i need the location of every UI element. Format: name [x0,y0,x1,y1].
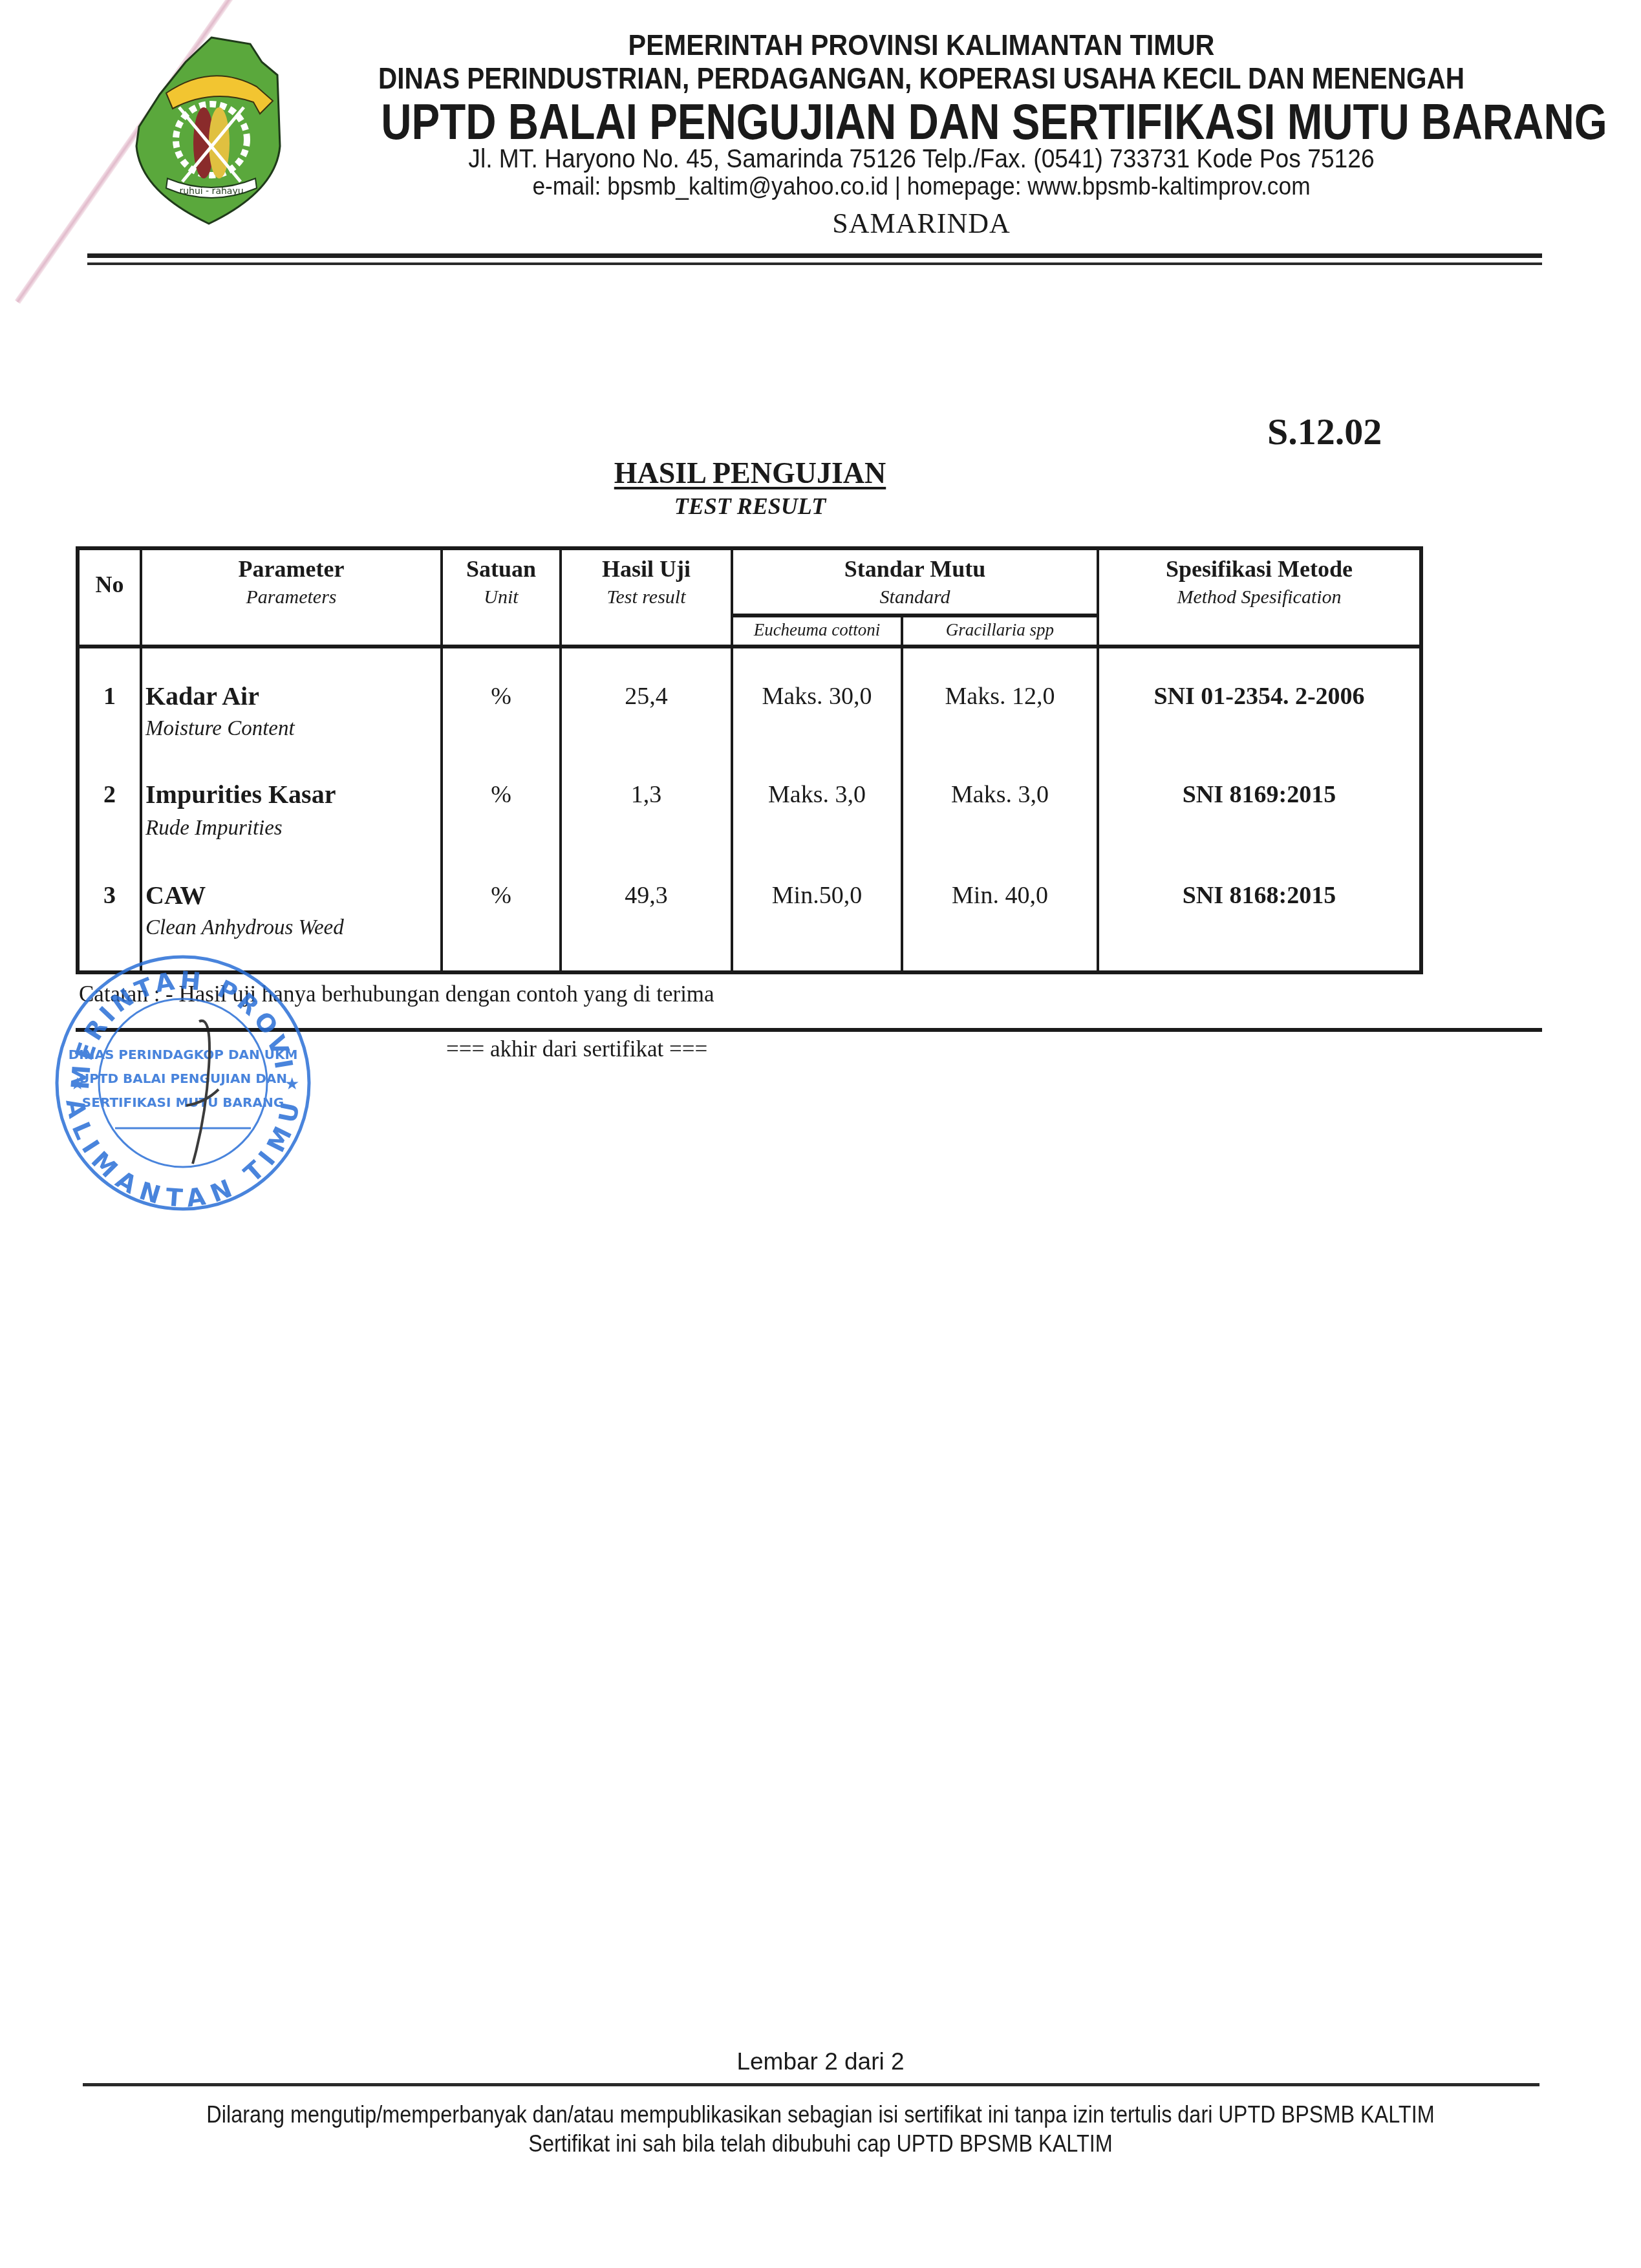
row-method: SNI 8168:2015 [1099,881,1419,910]
header-method-en: Method Spesification [1099,586,1419,608]
header-government: PEMERINTAH PROVINSI KALIMANTAN TIMUR [330,28,1514,62]
footer-disclaimer: Dilarang mengutip/memperbanyak dan/atau … [82,2101,1559,2128]
header-std-gracillaria: Gracillaria spp [903,620,1097,640]
row-parameter: CAW [145,880,206,910]
svg-text:PEMERINTAH PROVINSI: PEMERINTAH PROVINSI [50,950,299,1091]
footer-validity: Sertifikat ini sah bila telah dibubuhi c… [82,2130,1559,2157]
end-of-certificate-mark: === akhir dari sertifikat === [446,1036,707,1062]
header-no: No [80,571,140,598]
results-table: No Parameter Parameters Satuan Unit Hasi… [76,546,1423,974]
row-std-eucheuma: Maks. 30,0 [733,682,901,711]
row-method: SNI 8169:2015 [1099,780,1419,809]
document-code: S.12.02 [1267,410,1382,453]
header-unit: Satuan [443,555,559,583]
header-standard-en: Standard [733,586,1097,608]
header-standard: Standar Mutu [733,555,1097,583]
row-no: 1 [80,682,140,711]
row-std-eucheuma: Maks. 3,0 [733,780,901,809]
page-number: Lembar 2 dari 2 [0,2048,1641,2075]
header-parameter-en: Parameters [142,586,440,608]
header-std-eucheuma: Eucheuma cottoni [733,620,901,640]
page-subtitle: TEST RESULT [0,493,1500,520]
row-unit: % [443,881,559,910]
row-no: 3 [80,881,140,910]
svg-text:UPTD BALAI PENGUJIAN DAN: UPTD BALAI PENGUJIAN DAN [79,1071,287,1086]
row-parameter: Impurities Kasar [145,779,336,809]
header-result-en: Test result [562,586,731,608]
header-contact: e-mail: bpsmb_kaltim@yahoo.co.id | homep… [323,173,1520,201]
row-std-gracillaria: Maks. 12,0 [903,682,1097,711]
page-title: HASIL PENGUJIAN [0,456,1500,490]
official-stamp-icon: PEMERINTAH PROVINSI KALIMANTAN TIMUR ★ ★… [50,950,316,1215]
row-result: 49,3 [562,881,731,910]
row-parameter: Kadar Air [145,681,259,711]
header-address: Jl. MT. Haryono No. 45, Samarinda 75126 … [323,145,1520,174]
row-result: 1,3 [562,780,731,809]
row-unit: % [443,682,559,711]
row-std-gracillaria: Min. 40,0 [903,881,1097,910]
header-department: DINAS PERINDUSTRIAN, PERDAGANGAN, KOPERA… [355,61,1487,96]
row-method: SNI 01-2354. 2-2006 [1099,682,1419,711]
footer-rule [83,2083,1539,2086]
provincial-coat-of-arms-icon: ruhui - rahayu [134,36,284,225]
header-parameter: Parameter [142,555,440,583]
signature [186,1021,219,1164]
header-rule-thick [87,253,1542,258]
svg-text:DINAS PERINDAGKOP DAN UKM: DINAS PERINDAGKOP DAN UKM [69,1047,298,1062]
row-result: 25,4 [562,682,731,711]
header-city: SAMARINDA [278,207,1565,240]
row-parameter-en: Rude Impurities [145,817,283,840]
row-parameter-en: Clean Anhydrous Weed [145,916,344,940]
header-result: Hasil Uji [562,555,731,583]
header-method: Spesifikasi Metode [1099,555,1419,583]
row-std-gracillaria: Maks. 3,0 [903,780,1097,809]
row-no: 2 [80,780,140,809]
subheader-rule [731,614,1099,617]
svg-text:ruhui - rahayu: ruhui - rahayu [179,186,243,197]
col-divider [140,550,142,970]
row-std-eucheuma: Min.50,0 [733,881,901,910]
svg-text:SERTIFIKASI MUTU BARANG: SERTIFIKASI MUTU BARANG [82,1095,284,1110]
header-institution: UPTD BALAI PENGUJIAN DAN SERTIFIKASI MUT… [381,92,1462,151]
header-unit-en: Unit [443,586,559,608]
header-rule [80,645,1419,648]
row-unit: % [443,780,559,809]
header-rule-thin [87,262,1542,265]
row-parameter-en: Moisture Content [145,717,295,741]
